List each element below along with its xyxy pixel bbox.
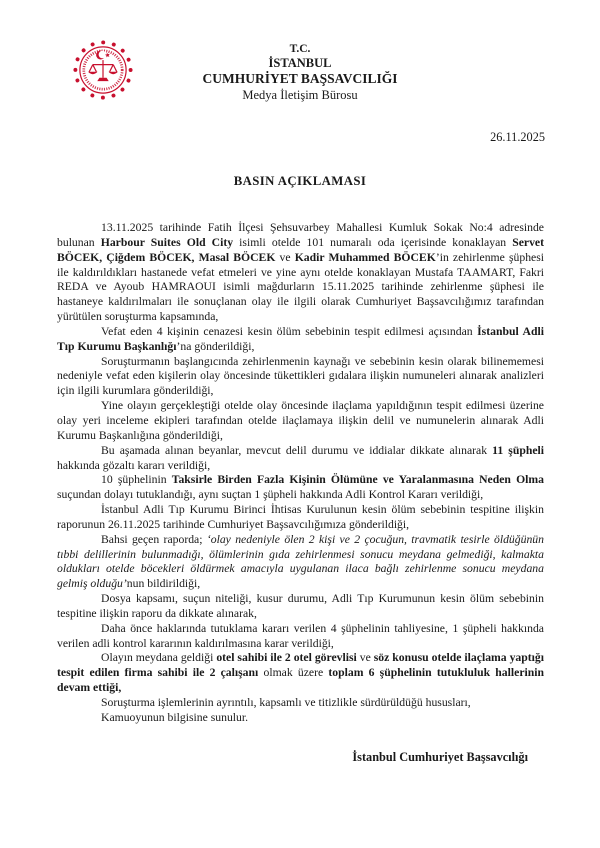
document-body: 13.11.2025 tarihinde Fatih İlçesi Şehsuv… bbox=[57, 221, 544, 726]
paragraph: 13.11.2025 tarihinde Fatih İlçesi Şehsuv… bbox=[57, 221, 544, 325]
letterhead: T.C. İSTANBUL CUMHURİYET BAŞSAVCILIĞI Me… bbox=[0, 42, 600, 103]
paragraph: Bahsi geçen raporda; ‘olay nedeniyle öle… bbox=[57, 533, 544, 592]
document-title: BASIN AÇIKLAMASI bbox=[0, 174, 600, 189]
paragraph: Yine olayın gerçekleştiği otelde olay ön… bbox=[57, 399, 544, 444]
press-release-page: T.C. İSTANBUL CUMHURİYET BAŞSAVCILIĞI Me… bbox=[0, 0, 600, 848]
letterhead-city: İSTANBUL bbox=[0, 56, 600, 71]
paragraph: Soruşturmanın başlangıcında zehirlenmeni… bbox=[57, 355, 544, 400]
paragraph: Bu aşamada alınan beyanlar, mevcut delil… bbox=[57, 444, 544, 474]
signature-block: İstanbul Cumhuriyet Başsavcılığı bbox=[352, 750, 528, 765]
letterhead-office: CUMHURİYET BAŞSAVCILIĞI bbox=[0, 71, 600, 87]
paragraph: Kamuoyunun bilgisine sunulur. bbox=[57, 711, 544, 726]
paragraph: Daha önce haklarında tutuklama kararı ve… bbox=[57, 622, 544, 652]
paragraph: İstanbul Adli Tıp Kurumu Birinci İhtisas… bbox=[57, 503, 544, 533]
paragraph: Dosya kapsamı, suçun niteliği, kusur dur… bbox=[57, 592, 544, 622]
paragraph: Vefat eden 4 kişinin cenazesi kesin ölüm… bbox=[57, 325, 544, 355]
paragraph: Soruşturma işlemlerinin ayrıntılı, kapsa… bbox=[57, 696, 544, 711]
document-date: 26.11.2025 bbox=[490, 130, 545, 145]
letterhead-tc: T.C. bbox=[0, 42, 600, 56]
paragraph: Olayın meydana geldiği otel sahibi ile 2… bbox=[57, 651, 544, 696]
paragraph: 10 şüphelinin Taksirle Birden Fazla Kişi… bbox=[57, 473, 544, 503]
letterhead-bureau: Medya İletişim Bürosu bbox=[0, 87, 600, 103]
